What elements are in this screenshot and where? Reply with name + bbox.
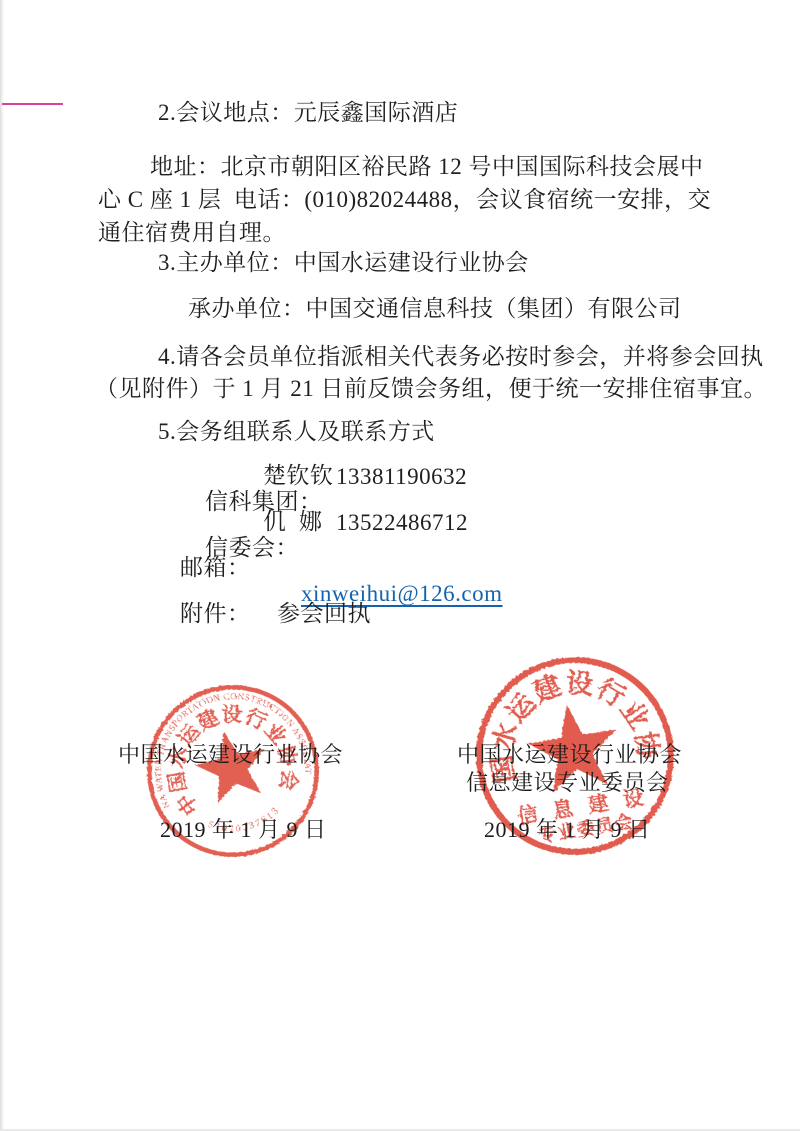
- left-signature-date: 2019 年 1 月 9 日: [160, 817, 327, 842]
- address-line-1: 地址：北京市朝阳区裕民路 12 号中国国际科技会展中: [150, 154, 704, 180]
- address-line-2: 心 C 座 1 层 电话：(010)82024488，会议食宿统一安排，交: [98, 187, 711, 213]
- host-organizer-line: 3.主办单位：中国水运建设行业协会: [158, 250, 529, 276]
- meeting-location-line: 2.会议地点：元辰鑫国际酒店: [158, 100, 458, 126]
- notice-line-2: （见附件）于 1 月 21 日前反馈会务组，便于统一安排住宿事宜。: [95, 376, 767, 402]
- right-signature-org-line1: 中国水运建设行业协会: [457, 742, 682, 767]
- undertaker-line: 承办单位：中国交通信息科技（集团）有限公司: [188, 296, 682, 322]
- contact-name: 仉 娜: [263, 509, 323, 535]
- attachment-label: 附件：: [180, 601, 251, 627]
- right-signature-org-line2: 信息建设专业委员会: [466, 770, 669, 795]
- contact-section-title: 5.会务组联系人及联系方式: [158, 419, 435, 445]
- contact-name: 楚钦钦: [263, 463, 334, 489]
- contact-phone: 13381190632: [336, 464, 467, 490]
- right-signature-date: 2019 年 1 月 9 日: [484, 817, 651, 842]
- attachment-value: 参会回执: [277, 601, 371, 627]
- notice-line-1: 4.请各会员单位指派相关代表务必按时参会，并将参会回执: [158, 344, 764, 370]
- contact-phone: 13522486712: [336, 510, 468, 536]
- left-signature-org: 中国水运建设行业协会: [118, 742, 343, 767]
- scanned-document-page: 2.会议地点：元辰鑫国际酒店 地址：北京市朝阳区裕民路 12 号中国国际科技会展…: [0, 0, 800, 1131]
- official-seal-left: CHINA WATER TRANSPORTATION CONSTRUCTION …: [125, 663, 341, 879]
- address-line-3: 通住宿费用自理。: [98, 220, 286, 246]
- seal-left-icon: CHINA WATER TRANSPORTATION CONSTRUCTION …: [125, 663, 341, 879]
- scan-edge-artifact: [0, 0, 4, 1131]
- pink-highlight-line: [2, 103, 63, 105]
- email-label: 邮箱：: [180, 555, 251, 581]
